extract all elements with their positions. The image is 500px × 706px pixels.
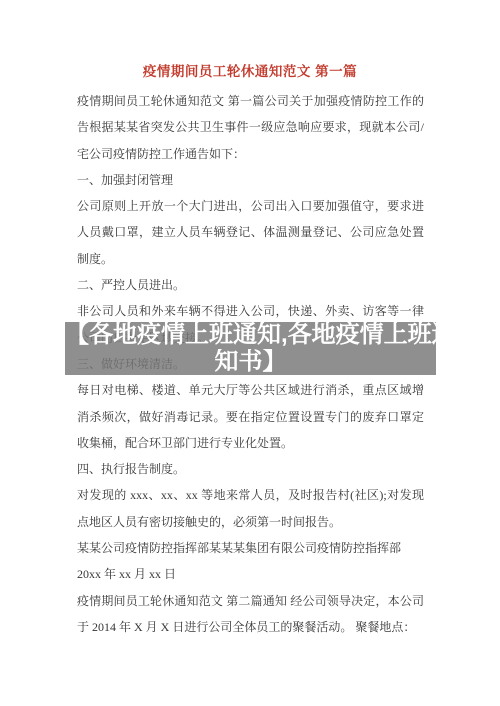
paragraph-line: 宅公司疫情防控工作通告如下： bbox=[77, 141, 424, 167]
paragraph-line: 每日对电梯、楼道、单元大厅等公共区域进行消杀，重点区域增加 bbox=[77, 377, 424, 403]
signature-line: 某某公司疫情防控指挥部某某某集团有限公司疫情防控指挥部 bbox=[77, 535, 424, 561]
paragraph-line: 消杀频次，做好消毒记录。要在指定位置设置专门的废弃口罩定点 bbox=[77, 404, 424, 430]
paragraph-line: 于 2014 年 X 月 X 日进行公司全体员工的聚餐活动。 聚餐地点： 聚 bbox=[77, 614, 424, 640]
caption-overlay-line2: 知书】 bbox=[65, 349, 436, 376]
paragraph-line: 点地区人员有密切接触史的，必须第一时间报告。 bbox=[77, 509, 424, 535]
paragraph-line: 制度。 bbox=[77, 246, 424, 272]
paragraph-line: 非公司人员和外来车辆不得进入公司，快递、外卖、访客等一律在 bbox=[77, 298, 424, 324]
date-line: 20xx 年 xx 月 xx 日 bbox=[77, 561, 424, 587]
document-title: 疫情期间员工轮休通知范文 第一篇 bbox=[0, 60, 500, 80]
paragraph-line: 收集桶，配合环卫部门进行专业化处置。 bbox=[77, 430, 424, 456]
paragraph-line: 疫情期间员工轮休通知范文 第二篇通知 经公司领导决定，本公司 bbox=[77, 588, 424, 614]
paragraph-line: 对发现的 xxx、xx、xx 等地来常人员，及时报告村(社区);对发现与重 bbox=[77, 482, 424, 508]
document-page: 疫情期间员工轮休通知范文 第一篇 疫情期间员工轮休通知范文 第一篇公司关于加强疫… bbox=[0, 0, 500, 706]
section-heading-4: 四、执行报告制度。 bbox=[77, 456, 424, 482]
paragraph-line: 疫情期间员工轮休通知范文 第一篇公司关于加强疫情防控工作的通 bbox=[77, 88, 424, 114]
paragraph-line: 人员戴口罩，建立人员车辆登记、体温测量登记、公司应急处置等 bbox=[77, 219, 424, 245]
caption-overlay-line1: 【各地疫情上班通知,各地疫情上班通 bbox=[65, 322, 436, 349]
section-heading-2: 二、严控人员进出。 bbox=[77, 272, 424, 298]
caption-overlay: 【各地疫情上班通知,各地疫情上班通 知书】 bbox=[65, 322, 436, 375]
paragraph-line: 告根据某某省突发公共卫生事件一级应急响应要求，现就本公司/住 bbox=[77, 114, 424, 140]
section-heading-1: 一、加强封闭管理 bbox=[77, 167, 424, 193]
paragraph-line: 公司原则上开放一个大门进出，公司出入口要加强值守，要求进出 bbox=[77, 193, 424, 219]
